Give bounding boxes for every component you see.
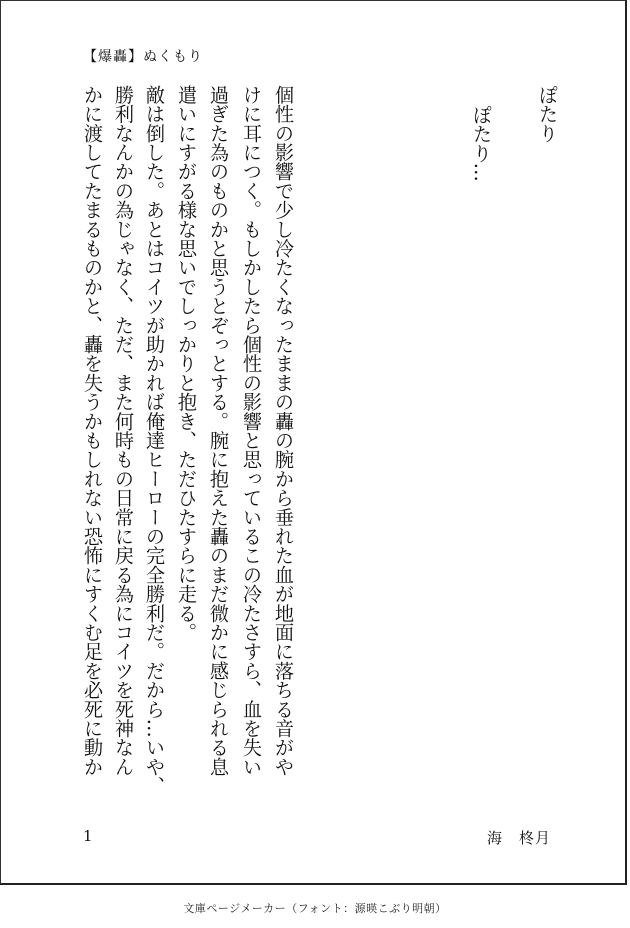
author-name: 海 柊月 [487,827,551,848]
footer-credit: 文庫ページメーカー（フォント：源暎こぶり明朝） [0,900,630,916]
body-column-3: 過ぎた為のものかと思うとぞっとする。腕に抱えた轟のまだ微かに感じられる息 [203,85,234,776]
body-column-2: けに耳につく。もしかしたら個性の影響と思っているこの冷たさすら、血を失い [236,85,267,776]
body-column-7: かに渡してたまるものかと、轟を失うかもしれない恐怖にすくむ足を必死に動か [77,85,108,776]
body-column-1: 個性の影響で少し冷たくなったままの轟の腕から垂れた血が地面に落ちる音がや [268,85,299,776]
sfx-line-2: ぽたり… [466,105,497,182]
book-page: 【爆轟】ぬくもり ぽたり ぽたり… 個性の影響で少し冷たくなったままの轟の腕から… [0,0,627,885]
body-column-5: 敵は倒した。あとはコイツが助かれば俺達ヒーローの完全勝利だ。だから…いや、 [139,85,170,795]
page-number: 1 [83,827,93,845]
body-column-6: 勝利なんかの為じゃなく、ただ、また何時もの日常に戻る為にコイツを死神なん [108,85,139,776]
story-title: 【爆轟】ぬくもり [83,46,203,66]
sfx-line-1: ぽたり [532,85,563,143]
body-column-4: 遣いにすがる様な思いでしっかりと抱き、ただひたすらに走る。 [171,85,202,642]
